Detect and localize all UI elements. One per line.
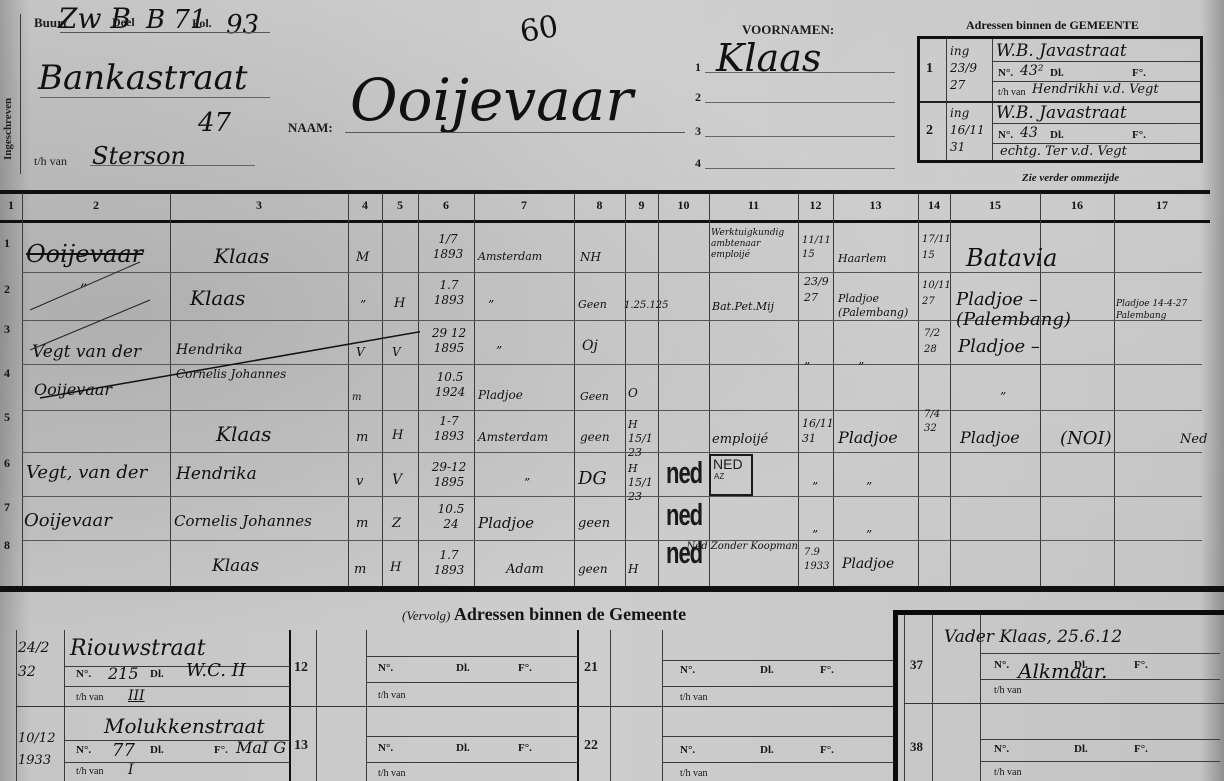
- bottom-right-num-22: 22: [584, 738, 598, 754]
- row-number-7: 7: [4, 500, 10, 515]
- bottom-title-text: Adressen binnen de Gemeente: [454, 604, 686, 624]
- bottom-entry-2-f: MaI G: [236, 738, 286, 757]
- col-header-16: 16: [1040, 198, 1114, 213]
- far-right-address-box: 37 Vader Klaas, 25.6.12 N°. Dl. F°. Alkm…: [893, 610, 1224, 781]
- row7-birth-place: Pladjoe: [478, 514, 534, 532]
- bottom-middle-num-12: 12: [294, 660, 308, 676]
- row5-c14: 7/4 32: [924, 408, 950, 436]
- row6-religion: DG: [578, 468, 607, 489]
- row4-birth-date: 10.5 1924: [428, 370, 472, 400]
- ned-stamp-row7: ned: [666, 497, 702, 533]
- bottom-entry-1-date: 24/2 32: [18, 636, 64, 684]
- ingeschreven-side-label: Ingeschreven: [2, 20, 16, 160]
- far-right-num-38: 38: [910, 739, 923, 755]
- bottom-entry-2-no: 77: [112, 740, 135, 761]
- row1-birth-place: Amsterdam: [478, 250, 542, 263]
- middle-f-label-1: F°.: [518, 662, 532, 674]
- voornaam-num-1: 1: [695, 60, 701, 75]
- addresses-box: 1 ing 23/9 27 W.B. Javastraat N°. 43² Dl…: [917, 36, 1203, 163]
- right-no-label-2: N°.: [680, 744, 695, 756]
- middle-dl-label-1: Dl.: [456, 662, 470, 674]
- row5-c12: 16/11 31: [802, 416, 832, 446]
- bottom-middle-num-13: 13: [294, 738, 308, 754]
- row3-c15: Pladjoe –: [958, 336, 1040, 357]
- bottom-entry-1-street: Riouwstraat: [70, 636, 206, 661]
- row3-religion: Oj: [582, 338, 598, 354]
- right-f-label-1: F°.: [820, 664, 834, 676]
- col-header-7: 7: [474, 198, 574, 213]
- deel-label: Deel: [112, 15, 135, 30]
- bottom-entry-2-th-van: I: [128, 762, 134, 778]
- address-entry-2-no-label: N°.: [998, 129, 1013, 141]
- far-right-entry-37-place: Alkmaar.: [1018, 659, 1108, 683]
- middle-no-label-1: N°.: [378, 662, 393, 674]
- address-entry-2-num: 2: [926, 123, 933, 139]
- right-no-label-1: N°.: [680, 664, 695, 676]
- row6-given: Hendrika: [176, 464, 257, 484]
- row7-c4: m: [356, 516, 368, 531]
- folio-value: 93: [226, 10, 259, 40]
- row4-c15: ”: [1000, 390, 1006, 404]
- far-right-no-label-1: N°.: [994, 659, 1009, 671]
- registration-card: Ingeschreven Buurt Zw B Deel B 71 Fol. 9…: [0, 0, 1224, 781]
- address-entry-1-dl-label: Dl.: [1050, 67, 1064, 79]
- bottom-section-title: (Vervolg) Adressen binnen de Gemeente: [402, 604, 686, 625]
- address-entry-2-date: ing 16/11 31: [950, 105, 990, 156]
- street-name: Bankastraat: [38, 58, 248, 98]
- row5-c9: H 15/1 23: [628, 418, 658, 460]
- address-entry-1-th-van-label: t/h van: [998, 87, 1026, 98]
- row5-c17: Ned: [1180, 432, 1207, 447]
- row2-birth-date: 1.7 1893: [426, 278, 472, 308]
- row6-c4: v: [356, 474, 363, 489]
- far-right-dl-label-2: Dl.: [1074, 743, 1088, 755]
- row6-c5: V: [392, 472, 402, 488]
- row2-c17: Pladjoe 14-4-27 Palembang: [1116, 298, 1216, 322]
- stamp-bottom-text: AZ: [711, 472, 751, 481]
- far-right-f-label-2: F°.: [1134, 743, 1148, 755]
- voornaam-num-4: 4: [695, 156, 701, 171]
- bottom-entry-1-no: 215: [108, 664, 139, 683]
- col-header-11: 11: [709, 198, 798, 213]
- voornaam-1: Klaas: [716, 36, 821, 80]
- right-f-label-2: F°.: [820, 744, 834, 756]
- bottom-entry-1-th-van: III: [128, 688, 145, 704]
- row5-birth-date: 1-7 1893: [426, 414, 472, 444]
- bottom-entry-2-no-label: N°.: [76, 744, 91, 756]
- col-header-13: 13: [833, 198, 918, 213]
- folio-label: Fol.: [192, 16, 212, 31]
- address-entry-1-num: 1: [926, 61, 933, 77]
- ned-az-stamp: NED AZ: [709, 454, 753, 496]
- address-entry-1-no-label: N°.: [998, 67, 1013, 79]
- th-van-label: t/h van: [34, 154, 67, 169]
- bottom-entry-1-dl-label: Dl.: [150, 668, 164, 680]
- ned-stamp-row6: ned: [666, 455, 702, 491]
- bottom-entry-2-th-van-label: t/h van: [76, 766, 104, 777]
- far-right-f-label-1: F°.: [1134, 659, 1148, 671]
- middle-th-van-label-2: t/h van: [378, 768, 406, 779]
- address-entry-2-no: 43: [1020, 125, 1038, 141]
- right-th-van-label-1: t/h van: [680, 692, 708, 703]
- row8-occupation: Ned Zonder Koopman: [662, 540, 798, 554]
- col-header-9: 9: [625, 198, 658, 213]
- row2-c14: 10/11 27: [922, 278, 950, 310]
- address-entry-1-th-van: Hendrikhi v.d. Vegt: [1032, 82, 1159, 97]
- bottom-entry-1-th-van-label: t/h van: [76, 692, 104, 703]
- row8-c4: m: [354, 562, 366, 577]
- far-right-no-label-2: N°.: [994, 743, 1009, 755]
- row1-birth-date: 1/7 1893: [424, 232, 472, 262]
- row2-birth-place: ”: [488, 298, 494, 312]
- bottom-entry-2-f-label: F°.: [214, 744, 228, 756]
- col-header-14: 14: [918, 198, 950, 213]
- row1-c15: Batavia: [966, 244, 1057, 272]
- row3-birth-date: 29 12 1895: [426, 326, 472, 356]
- voornaam-num-3: 3: [695, 124, 701, 139]
- far-right-entry-37-text: Vader Klaas, 25.6.12: [944, 627, 1122, 647]
- row7-birth-date: 10.5 24: [430, 502, 472, 532]
- row7-c5: Z: [392, 516, 401, 531]
- row2-c9: 1.25.125: [624, 300, 669, 311]
- right-dl-label-1: Dl.: [760, 664, 774, 676]
- row4-c9: O: [628, 386, 638, 400]
- row7-religion: geen: [578, 516, 610, 531]
- strike-lines: [0, 190, 420, 450]
- right-th-van-label-2: t/h van: [680, 768, 708, 779]
- row5-religion: geen: [580, 430, 610, 444]
- row3-birth-place: ”: [496, 344, 502, 358]
- address-entry-1-no: 43²: [1020, 63, 1043, 79]
- bottom-entry-2-dl-label: Dl.: [150, 744, 164, 756]
- far-right-num-37: 37: [910, 657, 923, 673]
- addresses-box-footer: Zie verder ommezijde: [1022, 172, 1119, 184]
- addresses-box-title: Adressen binnen de GEMEENTE: [966, 18, 1139, 33]
- row8-birth-date: 1.7 1893: [426, 548, 472, 578]
- row2-c12: 23/9 27: [804, 274, 832, 306]
- house-number: 47: [198, 108, 231, 138]
- bottom-right-num-21: 21: [584, 660, 598, 676]
- side-bracket: [20, 14, 21, 174]
- row1-c14: 17/11 15: [922, 232, 950, 264]
- row8-given: Klaas: [212, 556, 259, 576]
- row6-surname: Vegt, van der: [26, 462, 147, 483]
- row7-c13: ”: [866, 528, 872, 542]
- row8-birth-place: Adam: [506, 562, 544, 577]
- row7-given: Cornelis Johannes: [174, 512, 312, 530]
- row2-occupation: Bat.Pet.Mij: [712, 300, 774, 313]
- address-entry-1-date: ing 23/9 27: [950, 43, 990, 94]
- row7-c12: ”: [812, 528, 818, 542]
- row8-c13: Pladjoe: [842, 556, 894, 572]
- row6-c9: H 15/1 23: [628, 462, 658, 504]
- top-annotation: 60: [517, 9, 561, 50]
- col-header-15: 15: [950, 198, 1040, 213]
- row3-c14: 7/2 28: [924, 326, 948, 358]
- row1-c12: 11/11 15: [802, 234, 832, 262]
- bottom-entry-1-no-label: N°.: [76, 668, 91, 680]
- address-entry-2-f-label: F°.: [1132, 129, 1146, 141]
- bottom-entry-1-dl: W.C. II: [186, 660, 246, 681]
- row5-c13: Pladjoe: [838, 428, 898, 447]
- right-dl-label-2: Dl.: [760, 744, 774, 756]
- row8-c12: 7.9 1933: [804, 546, 832, 574]
- row5-occupation: emploijé: [712, 432, 768, 447]
- col-header-17: 17: [1114, 198, 1210, 213]
- row1-religion: NH: [580, 250, 601, 264]
- address-entry-1-street: W.B. Javastraat: [996, 41, 1127, 61]
- col-header-8: 8: [574, 198, 625, 213]
- row-number-6: 6: [4, 456, 10, 471]
- middle-dl-label-2: Dl.: [456, 742, 470, 754]
- row5-c15: Pladjoe: [960, 428, 1020, 447]
- row4-c12: ”: [804, 360, 810, 374]
- row5-birth-place: Amsterdam: [478, 430, 548, 444]
- row-number-8: 8: [4, 538, 10, 553]
- middle-no-label-2: N°.: [378, 742, 393, 754]
- row2-religion: Geen: [578, 298, 607, 311]
- address-entry-1-f-label: F°.: [1132, 67, 1146, 79]
- row6-birth-place: ”: [524, 476, 530, 490]
- row4-religion: Geen: [580, 390, 609, 403]
- row4-c13: ”: [858, 360, 864, 374]
- bottom-entry-2-street: Molukkenstraat: [104, 714, 265, 738]
- col-header-10: 10: [658, 198, 709, 213]
- row7-surname: Ooijevaar: [24, 510, 112, 531]
- col-header-12: 12: [798, 198, 833, 213]
- col-header-6: 6: [418, 198, 474, 213]
- address-entry-2-th-van: echtg. Ter v.d. Vegt: [1000, 144, 1127, 159]
- row4-birth-place: Pladjoe: [478, 388, 523, 402]
- row8-religion: geen: [578, 562, 608, 576]
- vervolg-label: (Vervolg): [402, 608, 450, 623]
- row8-c5: H: [390, 560, 401, 575]
- voornaam-num-2: 2: [695, 90, 701, 105]
- naam-label: NAAM:: [288, 120, 333, 136]
- row2-c15: Pladjoe – (Palembang): [956, 290, 1116, 330]
- row6-c12: ”: [812, 480, 818, 494]
- bottom-entry-2-date: 10/12 1933: [18, 728, 64, 772]
- row6-birth-date: 29-12 1895: [426, 460, 472, 490]
- row1-c13: Haarlem: [838, 252, 886, 265]
- far-right-th-van-label-1: t/h van: [994, 685, 1022, 696]
- address-entry-2-street: W.B. Javastraat: [996, 103, 1127, 123]
- far-right-th-van-label-2: t/h van: [994, 767, 1022, 778]
- stamp-top-text: NED: [711, 456, 751, 472]
- row5-c16: (NOI): [1060, 428, 1112, 449]
- address-entry-2-dl-label: Dl.: [1050, 129, 1064, 141]
- row1-occupation: Werktuigkundig ambtenaar emploijé: [711, 228, 797, 261]
- middle-th-van-label-1: t/h van: [378, 690, 406, 701]
- row6-c13: ”: [866, 480, 872, 494]
- table-bottom-rule: [0, 586, 1224, 592]
- row8-c9: H: [628, 562, 638, 576]
- middle-f-label-2: F°.: [518, 742, 532, 754]
- naam-value: Ooijevaar: [350, 66, 633, 134]
- row2-c13: Pladjoe (Palembang): [838, 292, 916, 320]
